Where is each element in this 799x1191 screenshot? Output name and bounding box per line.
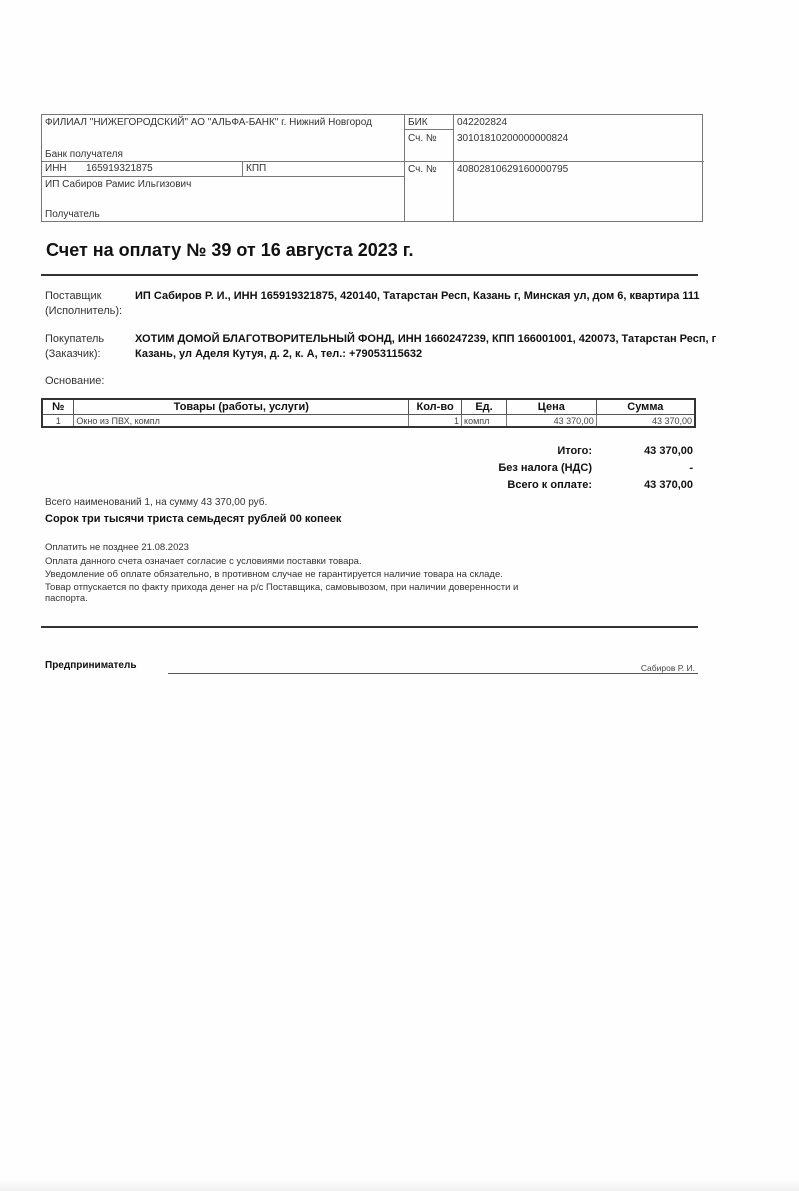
bik-value: 042202824	[457, 117, 507, 129]
bottom-rule	[41, 626, 698, 628]
signature-line	[168, 673, 698, 674]
due-value: 43 370,00	[603, 479, 693, 491]
items-table: № Товары (работы, услуги) Кол-во Ед. Цен…	[41, 398, 696, 428]
col-goods: Товары (работы, услуги)	[74, 399, 409, 415]
row-sum: 43 370,00	[596, 415, 695, 428]
divider	[404, 161, 704, 162]
divider	[404, 129, 453, 130]
amount-in-words: Сорок три тысячи триста семьдесят рублей…	[45, 513, 341, 525]
supplier-label: Поставщик	[45, 289, 137, 304]
basis-label: Основание:	[45, 375, 104, 387]
row-number: 1	[42, 415, 74, 428]
supplier-value: ИП Сабиров Р. И., ИНН 165919321875, 4201…	[135, 289, 745, 304]
supplier-label-2: (Исполнитель):	[45, 304, 137, 319]
terms-line: Оплатить не позднее 21.08.2023	[45, 541, 705, 555]
total-value: 43 370,00	[603, 445, 693, 457]
terms-line: Уведомление об оплате обязательно, в про…	[45, 568, 705, 582]
terms-line: Товар отпускается по факту прихода денег…	[45, 582, 705, 593]
divider	[453, 115, 454, 221]
title-rule	[41, 274, 698, 276]
col-number: №	[42, 399, 74, 415]
account-value: 40802810629160000795	[457, 164, 568, 176]
page-bottom-edge	[0, 1179, 799, 1191]
divider	[42, 161, 404, 162]
row-price: 43 370,00	[506, 415, 596, 428]
inn-label: ИНН	[45, 163, 67, 175]
divider	[404, 115, 405, 221]
account-label: Сч. №	[408, 164, 437, 176]
corr-account-value: 30101810200000000824	[457, 133, 568, 145]
col-unit: Ед.	[462, 399, 507, 415]
table-row: 1 Окно из ПВХ, компл 1 компл 43 370,00 4…	[42, 415, 695, 428]
col-quantity: Кол-во	[409, 399, 462, 415]
terms-line: Оплата данного счета означает согласие с…	[45, 555, 705, 569]
terms-line: паспорта.	[45, 593, 705, 604]
signature-label: Предприниматель	[45, 660, 136, 671]
corr-account-label: Сч. №	[408, 133, 437, 145]
recipient-label: Получатель	[45, 209, 100, 221]
summary-line: Всего наименований 1, на сумму 43 370,00…	[45, 497, 267, 508]
buyer-value: ХОТИМ ДОМОЙ БЛАГОТВОРИТЕЛЬНЫЙ ФОНД, ИНН …	[135, 332, 745, 362]
buyer-label-2: (Заказчик):	[45, 347, 137, 362]
total-label: Итого:	[557, 445, 592, 457]
bank-name: ФИЛИАЛ "НИЖЕГОРОДСКИЙ" АО "АЛЬФА-БАНК" г…	[45, 117, 400, 129]
buyer-label: Покупатель	[45, 332, 137, 347]
divider	[42, 176, 404, 177]
invoice-title: Счет на оплату № 39 от 16 августа 2023 г…	[46, 240, 413, 261]
kpp-label: КПП	[246, 163, 266, 175]
bank-label: Банк получателя	[45, 149, 123, 161]
row-goods: Окно из ПВХ, компл	[74, 415, 409, 428]
signature-name: Сабиров Р. И.	[641, 663, 695, 673]
recipient-name: ИП Сабиров Рамис Ильгизович	[45, 179, 191, 191]
bik-label: БИК	[408, 117, 428, 129]
col-price: Цена	[506, 399, 596, 415]
due-label: Всего к оплате:	[507, 479, 592, 491]
divider	[242, 161, 243, 176]
bank-details-table: ФИЛИАЛ "НИЖЕГОРОДСКИЙ" АО "АЛЬФА-БАНК" г…	[41, 114, 703, 222]
payment-terms: Оплатить не позднее 21.08.2023 Оплата да…	[45, 541, 705, 604]
row-quantity: 1	[409, 415, 462, 428]
vat-label: Без налога (НДС)	[498, 462, 592, 474]
vat-value: -	[603, 462, 693, 474]
inn-value: 165919321875	[86, 163, 153, 175]
col-sum: Сумма	[596, 399, 695, 415]
row-unit: компл	[462, 415, 507, 428]
table-header-row: № Товары (работы, услуги) Кол-во Ед. Цен…	[42, 399, 695, 415]
